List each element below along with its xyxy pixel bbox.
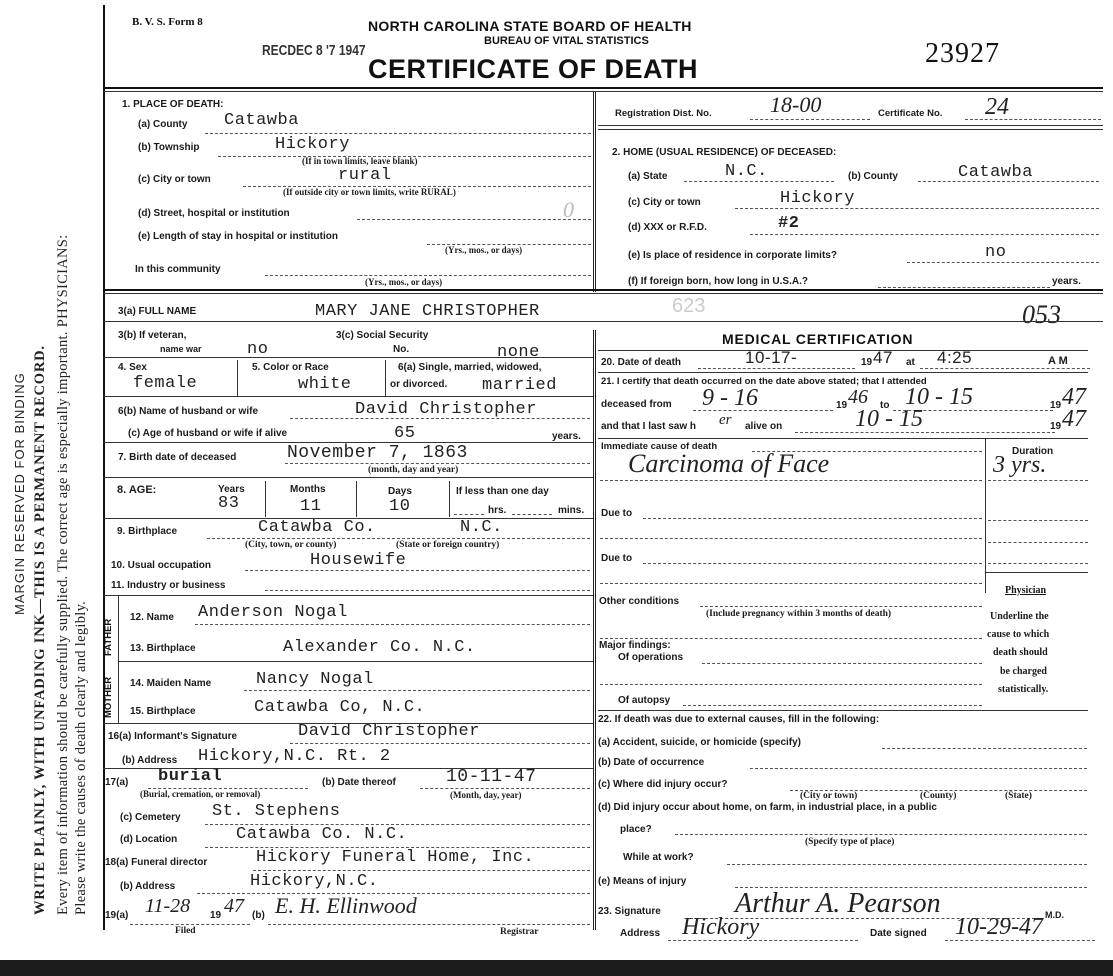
operations-line-b	[600, 684, 982, 685]
father-tag: FATHER	[103, 619, 114, 656]
birthplace-line	[207, 538, 590, 539]
bureau-title: BUREAU OF VITAL STATISTICS	[484, 35, 649, 47]
corporate-limits-field[interactable]: no	[985, 243, 1006, 262]
race-field[interactable]: white	[298, 375, 352, 394]
md-label: M.D.	[1045, 910, 1064, 920]
death-year-prefix: 19	[861, 357, 872, 368]
due-to-field-1[interactable]	[643, 518, 982, 519]
last-saw-year-prefix: 19	[1050, 421, 1061, 432]
birthplace-state-field[interactable]: N.C.	[460, 518, 503, 537]
filed-label: 19(a)	[105, 910, 128, 921]
birth-date-line	[285, 463, 590, 464]
filed-note: Filed	[175, 926, 196, 936]
corporate-limits-line	[907, 262, 1099, 263]
community-note: (Yrs., mos., or days)	[365, 277, 442, 287]
other-conditions-note: (Include pregnancy within 3 months of de…	[706, 609, 891, 619]
last-saw-label: and that I last saw h	[601, 421, 696, 432]
birth-date-label: 7. Birth date of deceased	[118, 452, 236, 463]
sex-rule	[103, 396, 593, 397]
township-note: (If in town limits, leave blank)	[302, 156, 418, 166]
death-county-line	[205, 133, 591, 134]
home-state-label: (a) State	[628, 171, 667, 182]
alive-on-label: alive on	[745, 421, 782, 432]
margin-information-note: Every item of information should be care…	[55, 235, 72, 915]
cemetery-label: (c) Cemetery	[120, 812, 181, 823]
physician-address-line	[668, 940, 858, 941]
date-signed-label: Date signed	[870, 928, 927, 939]
age-label: 8. AGE:	[117, 484, 156, 496]
immediate-cause-field[interactable]: Carcinoma of Face	[628, 449, 829, 479]
medical-heading-rule	[598, 350, 1088, 351]
disposition-type-field[interactable]: burial	[158, 767, 222, 786]
registration-rule-b	[598, 129, 1103, 130]
occupation-label: 10. Usual occupation	[111, 560, 211, 571]
spouse-age-suffix: years.	[552, 431, 581, 442]
section-rule-1b	[103, 293, 1103, 294]
death-street-label: (d) Street, hospital or institution	[138, 208, 290, 219]
attended-label: deceased from	[601, 399, 672, 410]
external-c-label: (c) Where did injury occur?	[598, 779, 727, 790]
received-stamp: RECDEC 8 '7 1947	[262, 42, 366, 59]
father-birthplace-label: 13. Birthplace	[130, 643, 196, 654]
industry-rule	[103, 595, 593, 596]
registrar-signature[interactable]: E. H. Ellinwood	[275, 893, 417, 919]
filed-year-prefix: 19	[210, 910, 221, 921]
disposition-label: 17(a)	[105, 777, 128, 788]
due-to-line-2b	[600, 583, 982, 584]
physician-signature-label: 23. Signature	[598, 906, 661, 917]
informant-sig-field[interactable]: David Christopher	[298, 722, 480, 741]
veteran-label: 3(b) If veteran,	[118, 330, 186, 341]
stay-length-label: (e) Length of stay in hospital or instit…	[138, 231, 338, 242]
father-name-label: 12. Name	[130, 612, 174, 623]
father-birthplace-field[interactable]: Alexander Co. N.C.	[283, 638, 476, 657]
sex-label: 4. Sex	[118, 362, 147, 373]
father-rule	[118, 661, 593, 662]
due-to-label-1: Due to	[601, 508, 632, 519]
external-a-label: (a) Accident, suicide, or homicide (spec…	[598, 737, 801, 748]
birthplace-label: 9. Birthplace	[117, 526, 177, 537]
immediate-cause-line	[600, 480, 982, 481]
from-year-prefix: 19	[836, 400, 847, 411]
home-rfd-field[interactable]: #2	[778, 214, 799, 233]
age-days-label: Days	[388, 486, 412, 497]
birthplace-note-2: (State or foreign country)	[396, 540, 499, 550]
disposition-date-line	[420, 788, 590, 789]
last-saw-date-field[interactable]: 10 - 15	[855, 406, 923, 433]
scan-edge	[0, 960, 1113, 976]
duration-divider	[985, 438, 986, 593]
certificate-no-field[interactable]: 24	[985, 94, 1009, 121]
home-city-field[interactable]: Hickory	[780, 189, 855, 208]
registration-dist-field[interactable]: 18-00	[770, 92, 821, 118]
death-county-field[interactable]: Catawba	[224, 111, 299, 130]
external-e-label: (e) Means of injury	[598, 876, 686, 887]
physician-note-2: cause to which	[987, 629, 1049, 640]
due-to-field-2[interactable]	[643, 563, 982, 564]
header-rule-2	[103, 91, 1103, 92]
home-rfd-line	[750, 234, 1099, 235]
physician-note-1: Underline the	[990, 611, 1049, 622]
funeral-address-field[interactable]: Hickory,N.C.	[250, 872, 378, 891]
last-saw-pronoun-field[interactable]: er	[719, 412, 732, 429]
ampm-field[interactable]: A M	[1048, 355, 1068, 367]
less-than-day-label: If less than one day	[456, 486, 549, 497]
birth-date-field[interactable]: November 7, 1863	[287, 443, 468, 463]
funeral-director-label: 18(a) Funeral director	[105, 857, 207, 868]
industry-field[interactable]	[265, 590, 590, 591]
external-d-label: (d) Did injury occur about home, on farm…	[598, 802, 937, 813]
external-d-label-2: place?	[620, 824, 652, 835]
spouse-field[interactable]: David Christopher	[355, 400, 537, 419]
due-to-label-2: Due to	[601, 553, 632, 564]
external-d-field[interactable]	[675, 834, 1087, 835]
funeral-director-line	[253, 870, 590, 871]
center-divider-lower	[593, 330, 596, 930]
external-d-note: (Specify type of place)	[805, 837, 894, 847]
duration-line-3	[988, 542, 1088, 543]
stay-length-note: (Yrs., mos., or days)	[445, 245, 522, 255]
age-days-field[interactable]: 10	[389, 497, 410, 516]
funeral-director-field[interactable]: Hickory Funeral Home, Inc.	[256, 848, 534, 867]
physician-address-label: Address	[620, 928, 660, 939]
informant-address-field[interactable]: Hickory,N.C. Rt. 2	[198, 747, 391, 766]
registrar-note: Registrar	[500, 927, 539, 937]
foreign-born-suffix: years.	[1052, 276, 1081, 287]
other-conditions-label: Other conditions	[599, 596, 679, 607]
registrar-label: (b)	[252, 910, 265, 921]
external-c-note-3: (State)	[1005, 791, 1032, 801]
informant-sig-line	[290, 743, 590, 744]
last-saw-year-field[interactable]: 47	[1062, 406, 1086, 433]
age-months-field[interactable]: 11	[300, 497, 321, 516]
foreign-born-label: (f) If foreign born, how long in U.S.A.?	[628, 276, 808, 287]
external-b-label: (b) Date of occurrence	[598, 757, 704, 768]
attended-from-field[interactable]: 9 - 16	[702, 385, 758, 412]
home-heading: 2. HOME (USUAL RESIDENCE) OF DECEASED:	[612, 147, 836, 158]
industry-label: 11. Industry or business	[111, 580, 225, 591]
work-label: While at work?	[623, 852, 694, 863]
mother-name-field[interactable]: Nancy Nogal	[256, 670, 374, 689]
sex-field[interactable]: female	[133, 374, 197, 393]
autopsy-label: Of autopsy	[618, 695, 670, 706]
sex-race-divider	[237, 360, 238, 396]
father-name-field[interactable]: Anderson Nogal	[198, 603, 348, 622]
mother-name-line	[244, 690, 590, 691]
occupation-field[interactable]: Housewife	[310, 551, 406, 570]
community-label: In this community	[135, 264, 221, 275]
certificate-title: CERTIFICATE OF DEATH	[368, 54, 698, 85]
parents-tag-divider	[118, 596, 119, 724]
major-findings-label: Major findings:	[599, 640, 671, 651]
disposition-date-note: (Month, day, year)	[450, 790, 522, 800]
corporate-limits-label: (e) Is place of residence in corporate l…	[628, 250, 837, 261]
home-state-field[interactable]: N.C.	[725, 162, 768, 181]
age-divider-2	[356, 481, 357, 517]
ssn-label-2: No.	[393, 344, 409, 355]
registration-dist-line	[750, 119, 870, 120]
external-c-note-2: (County)	[920, 791, 956, 801]
duration-line-4	[988, 563, 1088, 564]
spouse-age-label: (c) Age of husband or wife if alive	[128, 428, 287, 439]
death-township-field[interactable]: Hickory	[275, 135, 350, 154]
physician-heading: Physician	[1005, 585, 1046, 596]
marital-field[interactable]: married	[482, 376, 557, 395]
location-label: (d) Location	[120, 834, 177, 845]
death-street-field[interactable]	[357, 219, 591, 220]
physician-box-rule	[985, 572, 1088, 573]
pencil-note: 623	[672, 295, 705, 318]
other-conditions-line-b	[600, 638, 982, 639]
disposition-type-note: (Burial, cremation, or removal)	[140, 789, 260, 799]
header-rule	[103, 87, 1103, 89]
duration-line-2	[988, 520, 1088, 521]
duration-field[interactable]: 3 yrs.	[993, 452, 1046, 479]
certificate-no-label: Certificate No.	[878, 108, 942, 119]
hrs-field[interactable]	[454, 514, 484, 515]
full-name-field[interactable]: MARY JANE CHRISTOPHER	[315, 302, 540, 321]
external-heading: 22. If death was due to external causes,…	[598, 714, 879, 725]
ssn-label: 3(c) Social Security	[336, 330, 428, 341]
home-county-field[interactable]: Catawba	[958, 163, 1033, 182]
birth-rule	[103, 477, 593, 478]
age-years-field[interactable]: 83	[218, 494, 239, 513]
race-label: 5. Color or Race	[252, 362, 329, 373]
autopsy-field[interactable]	[683, 705, 982, 706]
work-field[interactable]	[727, 864, 1087, 865]
death-time-line	[920, 368, 1090, 369]
mother-tag: MOTHER	[103, 677, 114, 718]
home-city-label: (c) City or town	[628, 197, 701, 208]
last-saw-rule	[598, 438, 1088, 439]
death-time-field[interactable]: 4:25	[937, 348, 972, 368]
home-rfd-label: (d) XXX or R.F.D.	[628, 222, 707, 233]
disposition-date-label: (b) Date thereof	[322, 777, 396, 788]
filed-date-field[interactable]: 11-28	[145, 895, 190, 918]
home-city-line	[735, 208, 1099, 209]
age-divider-1	[265, 481, 266, 517]
operations-field[interactable]	[702, 663, 982, 664]
informant-address-label: (b) Address	[122, 755, 177, 766]
birthplace-city-field[interactable]: Catawba Co.	[258, 518, 376, 537]
mins-label: mins.	[558, 505, 584, 516]
cemetery-field[interactable]: St. Stephens	[212, 802, 340, 821]
physician-note-3: death should	[993, 647, 1048, 658]
last-saw-line	[795, 432, 1055, 433]
father-name-line	[195, 624, 590, 625]
name-rule	[103, 321, 1103, 322]
occupation-line	[245, 570, 590, 571]
home-state-line	[684, 181, 834, 182]
death-county-label: (a) County	[138, 119, 187, 130]
physician-note-4: be charged	[1000, 666, 1047, 677]
age-months-label: Months	[290, 484, 326, 495]
death-date-line	[698, 368, 855, 369]
filed-line	[130, 924, 250, 925]
death-city-label: (c) City or town	[138, 174, 211, 185]
section-rule-1	[103, 289, 1103, 291]
at-label: at	[906, 357, 915, 368]
margin-permanent-record-note: WRITE PLAINLY, WITH UNFADING INK—THIS IS…	[32, 345, 49, 915]
birth-date-note: (month, day and year)	[368, 465, 458, 475]
to-year-prefix: 19	[1050, 400, 1061, 411]
medical-rule-end	[598, 710, 1088, 711]
duration-line-1	[988, 480, 1088, 481]
filed-year-field[interactable]: 47	[224, 895, 244, 918]
external-a-field[interactable]	[882, 748, 1087, 749]
registration-rule	[598, 125, 1103, 126]
informant-sig-label: 16(a) Informant's Signature	[108, 731, 237, 742]
city-note: (If outside city or town limits, write R…	[283, 187, 456, 197]
mother-name-label: 14. Maiden Name	[130, 678, 211, 689]
date-signed-line	[945, 940, 1095, 941]
death-date-rule	[598, 372, 1088, 373]
funeral-address-label: (b) Address	[120, 881, 175, 892]
form-left-border	[103, 5, 105, 930]
mins-field[interactable]	[512, 514, 552, 515]
form-id: B. V. S. Form 8	[132, 16, 203, 28]
physician-note-5: statistically.	[998, 684, 1048, 695]
death-date-label: 20. Date of death	[601, 357, 681, 368]
date-signed-field[interactable]: 10-29-47	[955, 914, 1043, 941]
operations-label: Of operations	[618, 652, 683, 663]
foreign-born-field[interactable]	[878, 287, 1050, 288]
mother-birthplace-label: 15. Birthplace	[130, 706, 196, 717]
spouse-label: 6(b) Name of husband or wife	[118, 406, 258, 417]
race-marital-divider	[385, 360, 386, 396]
marital-label: 6(a) Single, married, widowed,	[398, 362, 541, 373]
disposition-date-field[interactable]: 10-11-47	[446, 767, 536, 787]
full-name-label: 3(a) FULL NAME	[118, 306, 196, 317]
veteran-rule	[103, 357, 593, 358]
physician-address-field[interactable]: Hickory	[682, 914, 759, 941]
age-divider-3	[449, 481, 450, 517]
registrar-line	[268, 924, 590, 925]
marital-label-2: or divorced.	[390, 379, 447, 390]
spouse-age-field[interactable]: 65	[394, 424, 415, 443]
death-city-field[interactable]: rural	[338, 166, 392, 185]
due-to-line-1b	[600, 538, 982, 539]
community-field[interactable]	[265, 275, 591, 276]
margin-binding-note: MARGIN RESERVED FOR BINDING	[12, 372, 27, 615]
birthplace-note-1: (City, town, or county)	[245, 540, 336, 550]
registration-dist-label: Registration Dist. No.	[615, 108, 712, 119]
location-field[interactable]: Catawba Co. N.C.	[236, 825, 407, 844]
external-b-field[interactable]	[750, 768, 1087, 769]
external-c-note-1: (City or town)	[800, 791, 857, 801]
margin-legibility-note: Please write the causes of death clearly…	[73, 601, 90, 915]
ssn-field[interactable]: none	[497, 343, 540, 362]
hrs-label: hrs.	[488, 505, 506, 516]
center-divider	[593, 92, 596, 292]
serial-number: 23927	[925, 38, 1000, 70]
death-township-label: (b) Township	[138, 142, 199, 153]
other-conditions-field[interactable]	[700, 606, 982, 607]
mother-birthplace-field[interactable]: Catawba Co, N.C.	[254, 698, 425, 717]
death-date-field[interactable]: 10-17-	[745, 348, 797, 368]
certify-text: 21. I certify that death occurred on the…	[601, 376, 927, 387]
agency-title: NORTH CAROLINA STATE BOARD OF HEALTH	[368, 18, 692, 34]
veteran-label-2: name war	[160, 344, 202, 354]
home-county-label: (b) County	[848, 171, 898, 182]
code-number: 053	[1022, 300, 1061, 330]
pencil-zero-mark: 0	[563, 197, 574, 223]
place-of-death-heading: 1. PLACE OF DEATH:	[122, 99, 223, 110]
death-year-field[interactable]: 47	[873, 348, 893, 368]
medical-cert-heading: MEDICAL CERTIFICATION	[722, 331, 913, 347]
physician-signature-field[interactable]: Arthur A. Pearson	[735, 888, 941, 920]
